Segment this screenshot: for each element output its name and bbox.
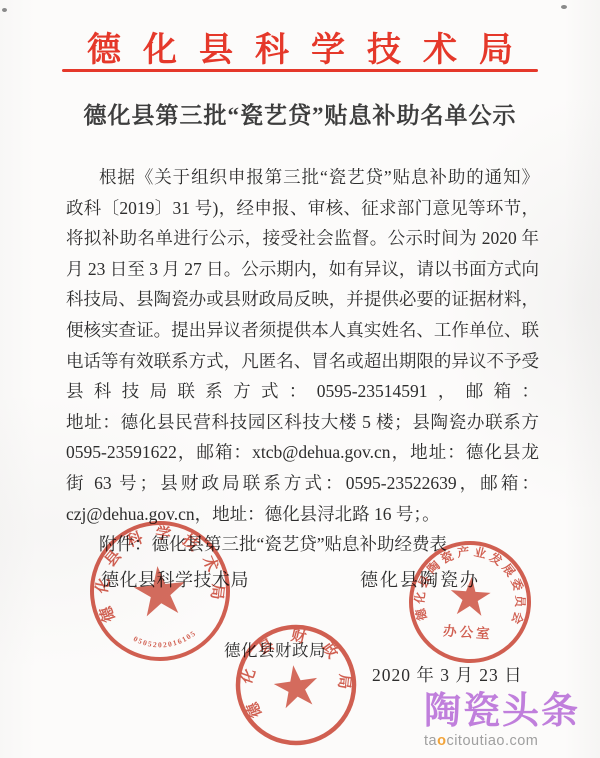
body-line: 县科技局联系方式：0595-23514591，邮箱：kjj@dehua.gov.… (66, 376, 539, 407)
document-title: 德化县第三批“瓷艺贷”贴息补助名单公示 (0, 97, 600, 130)
body-line: 地址：德化县民营科技园区科技大楼 5 楼；县陶瓷办联系方式： (66, 407, 539, 438)
body-line: 根据《关于组织申报第三批“瓷艺贷”贴息补助的通知》(德 (66, 162, 539, 193)
body-line: 街 63 号；县财政局联系方式：0595-23522639，邮箱： (66, 468, 539, 499)
watermark-logo-text: 陶瓷头条 (424, 690, 580, 732)
letterhead-divider (62, 69, 538, 72)
watermark-site-url: taocitoutiao.com (424, 733, 580, 749)
seal-code-digits: 0505202016105 (131, 628, 199, 653)
official-seal-finance-bureau: 德化县财政局 (233, 622, 359, 748)
body-line: 科技局、县陶瓷办或县财政局反映，并提供必要的证据材料，以 (66, 284, 539, 315)
watermark: 陶瓷头条 taocitoutiao.com (424, 690, 580, 749)
body-line: 政科〔2019〕31 号)，经申报、审核、征求部门意见等环节，现 (66, 193, 539, 224)
scan-artifact (2, 8, 7, 12)
official-seal-ceramics-office: 德化县陶瓷产业发展委员会 办公室 (406, 538, 534, 666)
seal-star-icon (449, 576, 491, 617)
seal-star-icon (272, 662, 321, 709)
letterhead-org-name: 德化县科学技术局 (0, 22, 600, 71)
document-body: 根据《关于组织申报第三批“瓷艺贷”贴息补助的通知》(德 政科〔2019〕31 号… (66, 162, 539, 560)
body-line: 将拟补助名单进行公示，接受社会监督。公示时间为 2020 年 3 (66, 223, 539, 254)
scanned-document-page: 德化县科学技术局 德化县第三批“瓷艺贷”贴息补助名单公示 根据《关于组织申报第三… (0, 0, 600, 758)
body-line: 电话等有效联系方式，凡匿名、冒名或超出期限的异议不予受理。 (66, 346, 539, 377)
scan-artifact (561, 5, 567, 9)
seal-star-icon (132, 563, 188, 617)
official-seal-science-bureau: 德化县科学技术局 0505202016105 (86, 518, 234, 664)
body-line: 便核实查证。提出异议者须提供本人真实姓名、工作单位、联系 (66, 315, 539, 346)
seal-inner-text: 办公室 (443, 622, 493, 641)
body-line: 月 23 日至 3 月 27 日。公示期内，如有异议，请以书面方式向县 (66, 254, 539, 285)
body-line: 0595-23591622，邮箱：xtcb@dehua.gov.cn，地址：德化… (66, 437, 539, 468)
